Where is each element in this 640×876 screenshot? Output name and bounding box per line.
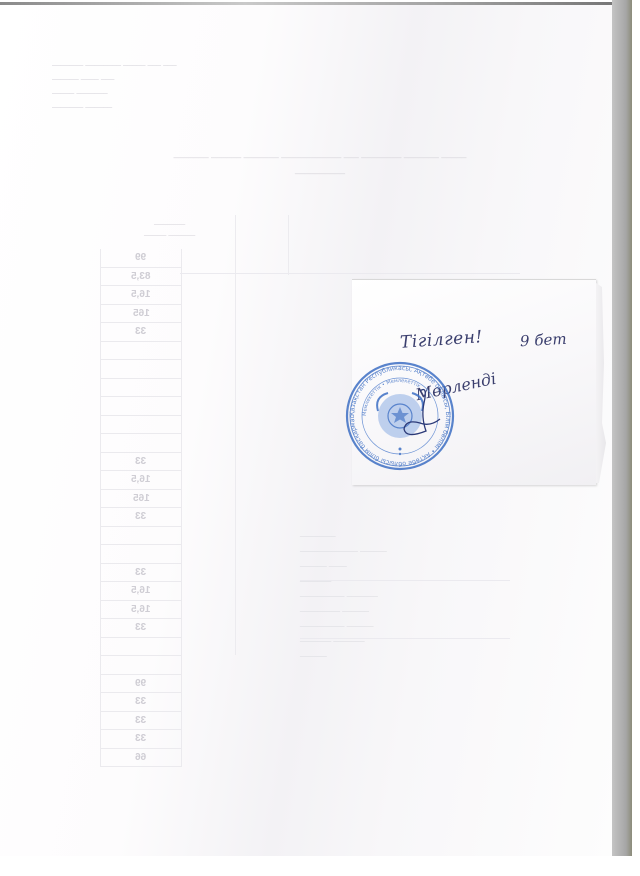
ghost-row: ______ ____	[300, 555, 520, 570]
table-cell	[100, 527, 182, 546]
title-ghost-line: _______ ______ _______ ____________ ___ …	[80, 145, 560, 161]
table-cell: 165	[100, 490, 182, 509]
header-ghost-line: _______ ______	[52, 96, 202, 110]
table-cell: 66	[100, 749, 182, 768]
table-column-header: _______ ______ _____	[100, 215, 240, 249]
page-top-edge	[0, 2, 612, 5]
ghost-table: _______ ______ _____ 9983,516,5165333316…	[100, 215, 240, 767]
table-cells: 9983,516,5165333316,5165333316,516,53399…	[100, 249, 240, 767]
table-cell	[100, 638, 182, 657]
table-cell: 99	[100, 249, 182, 268]
ghost-row: ______	[300, 645, 520, 660]
table-cell: 16,5	[100, 601, 182, 620]
ghost-row: _________ ______	[300, 600, 520, 615]
table-cell: 33	[100, 508, 182, 527]
header-ghost-text: _______ ________ _____ ___ ___ ______ __…	[52, 54, 202, 110]
table-cell	[100, 379, 182, 398]
right-ghost-rows: _____________________ ____________ _____…	[300, 525, 520, 660]
table-cell: 165	[100, 305, 182, 324]
table-cell: 83,5	[100, 268, 182, 287]
ghost-row: _______	[300, 570, 520, 585]
table-cell: 16,5	[100, 286, 182, 305]
official-seal-icon: Қазақстан Республикасы, Ақтөбе облысы, Б…	[340, 361, 460, 471]
table-cell	[100, 342, 182, 361]
table-cell	[100, 416, 182, 435]
table-cell: 33	[100, 323, 182, 342]
table-cell: 33	[100, 693, 182, 712]
handwriting-pages: 9 бет	[520, 330, 567, 350]
title-ghost-text: _______ ______ _______ ____________ ___ …	[80, 145, 560, 177]
table-rule	[180, 273, 520, 274]
ghost-row: __________ _______	[300, 585, 520, 600]
table-cell: 99	[100, 675, 182, 694]
table-cell	[100, 360, 182, 379]
title-ghost-line: __________	[80, 161, 560, 177]
header-line: _______	[154, 215, 185, 226]
header-ghost-line: _____ _______	[52, 82, 202, 96]
table-cell	[100, 656, 182, 675]
scanner-edge-strip	[612, 0, 632, 856]
table-cell: 16,5	[100, 471, 182, 490]
table-cell: 33	[100, 564, 182, 583]
table-divider	[288, 215, 289, 275]
table-cell	[100, 397, 182, 416]
ghost-row: __________ ______	[300, 615, 520, 630]
header-ghost-line: _______ ________ _____ ___ ___	[52, 54, 202, 68]
table-cell: 33	[100, 453, 182, 472]
table-cell	[100, 545, 182, 564]
table-cell	[100, 434, 182, 453]
table-cell: 16,5	[100, 582, 182, 601]
table-cell: 33	[100, 712, 182, 731]
ghost-row: _____________ ______	[300, 540, 520, 555]
table-divider	[235, 215, 236, 655]
table-cell: 33	[100, 730, 182, 749]
header-ghost-line: ______ ____ ___	[52, 68, 202, 82]
ghost-row: _______ _______	[300, 630, 520, 645]
table-cell: 33	[100, 619, 182, 638]
ghost-row: ________	[300, 525, 520, 540]
header-line: ______ _____	[144, 226, 195, 237]
